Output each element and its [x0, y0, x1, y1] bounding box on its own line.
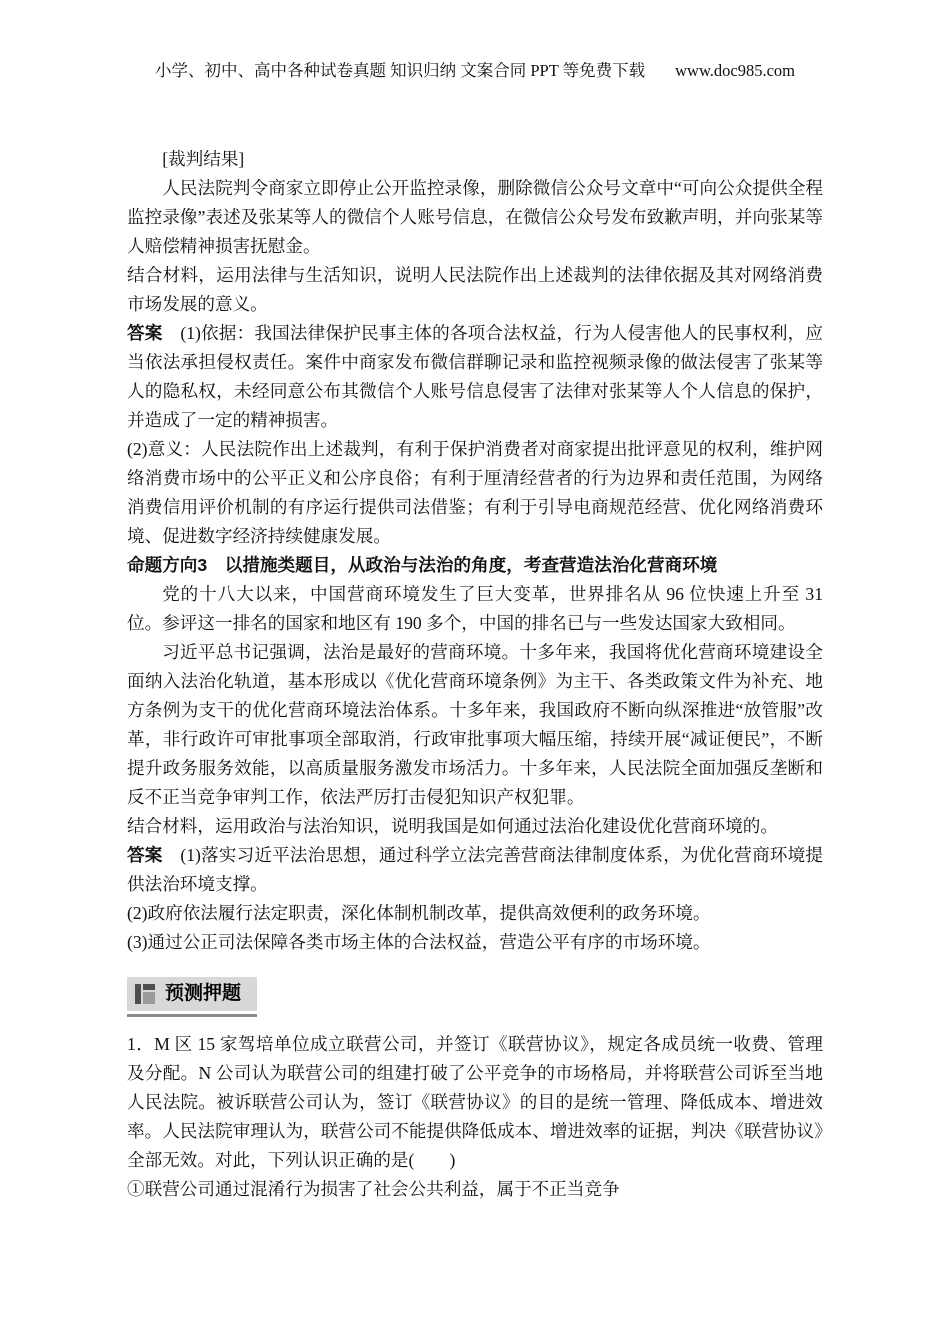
paragraph: 党的十八大以来，中国营商环境发生了巨大变革，世界排名从 96 位快速上升至 31… — [127, 580, 823, 638]
corner-bracket-icon — [135, 984, 155, 1004]
answer-label: 答案 — [127, 323, 163, 343]
paragraph: 人民法院判令商家立即停止公开监控录像，删除微信公众号文章中“可向公众提供全程监控… — [127, 174, 823, 261]
paragraph: 结合材料，运用法律与生活知识，说明人民法院作出上述裁判的法律依据及其对网络消费市… — [127, 261, 823, 319]
answer-label: 答案 — [127, 845, 163, 865]
paragraph: 结合材料，运用政治与法治知识，说明我国是如何通过法治化建设优化营商环境的。 — [127, 812, 823, 841]
document-body: [裁判结果]人民法院判令商家立即停止公开监控录像，删除微信公众号文章中“可向公众… — [127, 145, 823, 1204]
section-heading: 命题方向3 以措施类题目，从政治与法治的角度，考查营造法治化营商环境 — [127, 551, 823, 580]
paragraph: [裁判结果] — [127, 145, 823, 174]
paragraph: 答案 (1)落实习近平法治思想，通过科学立法完善营商法律制度体系，为优化营商环境… — [127, 841, 823, 899]
site-header: 小学、初中、高中各种试卷真题 知识归纳 文案合同 PPT 等免费下载www.do… — [0, 0, 950, 81]
paragraph: 答案 (1)依据：我国法律保护民事主体的各项合法权益，行为人侵害他人的民事权利，… — [127, 319, 823, 435]
prediction-badge: 预测押题 — [127, 977, 257, 1017]
paragraph-list: [裁判结果]人民法院判令商家立即停止公开监控录像，删除微信公众号文章中“可向公众… — [127, 145, 823, 957]
header-tagline: 小学、初中、高中各种试卷真题 知识归纳 文案合同 PPT 等免费下载 — [155, 61, 645, 80]
question-paragraph: 1．M 区 15 家驾培单位成立联营公司，并签订《联营协议》，规定各成员统一收费… — [127, 1030, 823, 1175]
paragraph: (2)政府依法履行法定职责，深化体制机制改革，提供高效便利的政务环境。 — [127, 899, 823, 928]
paragraph: 习近平总书记强调，法治是最好的营商环境。十多年来，我国将优化营商环境建设全面纳入… — [127, 638, 823, 812]
document-page: { "site_header": { "tagline": "小学、初中、高中各… — [0, 0, 950, 1344]
question-paragraph: ①联营公司通过混淆行为损害了社会公共利益，属于不正当竞争 — [127, 1175, 823, 1204]
badge-underline — [127, 1014, 257, 1017]
prediction-badge-label: 预测押题 — [165, 982, 241, 1006]
prediction-badge-box: 预测押题 — [127, 977, 257, 1011]
paragraph: (3)通过公正司法保障各类市场主体的合法权益，营造公平有序的市场环境。 — [127, 928, 823, 957]
paragraph: (2)意义：人民法院作出上述裁判，有利于保护消费者对商家提出批评意见的权利，维护… — [127, 435, 823, 551]
question-list: 1．M 区 15 家驾培单位成立联营公司，并签订《联营协议》，规定各成员统一收费… — [127, 1030, 823, 1204]
header-url: www.doc985.com — [675, 61, 795, 80]
